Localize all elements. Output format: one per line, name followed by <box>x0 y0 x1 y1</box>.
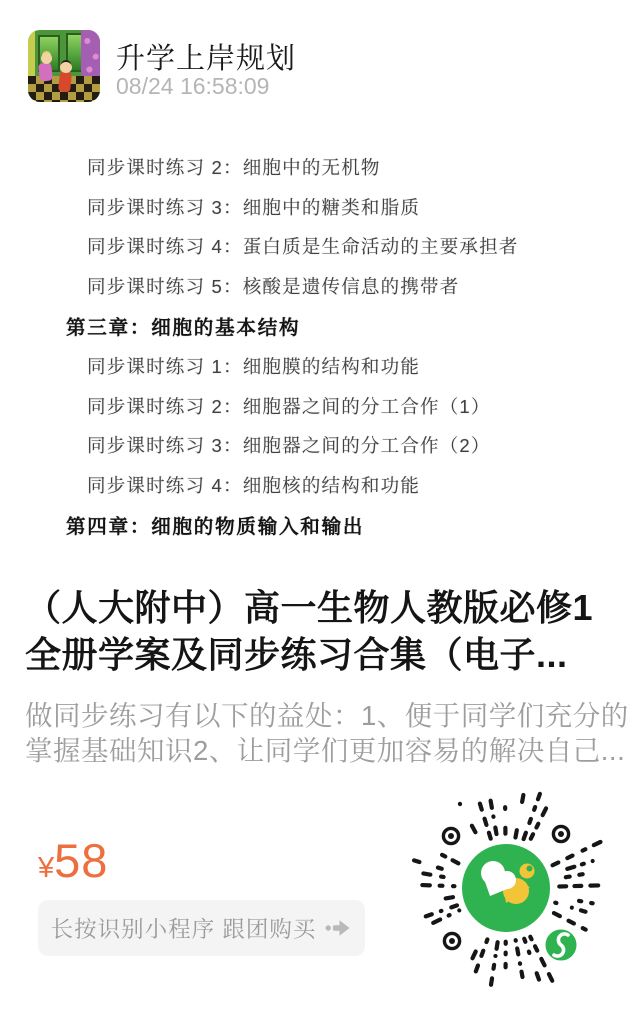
avatar-art <box>81 30 100 80</box>
seller-name: 升学上岸规划 <box>116 36 296 77</box>
avatar-art <box>60 62 72 73</box>
doc-line: 同步课时练习 1：细胞膜的结构和功能 <box>66 346 586 386</box>
seller-avatar[interactable] <box>28 30 100 102</box>
mini-program-qr-code[interactable] <box>406 788 606 988</box>
doc-line: 同步课时练习 5：核酸是遗传信息的携带者 <box>66 266 586 306</box>
mini-program-badge-icon <box>544 928 578 962</box>
follow-group-buy-button[interactable]: 长按识别小程序 跟团购买 <box>38 900 365 956</box>
avatar-art <box>38 62 53 82</box>
doc-line: 同步课时练习 4：细胞核的结构和功能 <box>66 465 586 505</box>
doc-chapter-heading: 第四章：细胞的物质输入和输出 <box>66 505 586 545</box>
doc-line: 同步课时练习 3：细胞器之间的分工合作（2） <box>66 426 586 466</box>
doc-line: 同步课时练习 4：蛋白质是生命活动的主要承担者 <box>66 227 586 267</box>
product-description: 做同步练习有以下的益处：1、便于同学们充分的 掌握基础知识2、让同学们更加容易的… <box>25 699 629 768</box>
share-timestamp: 08/24 16:58:09 <box>116 73 269 100</box>
price-value: 58 <box>54 834 108 887</box>
price: ¥58 <box>38 833 108 888</box>
follow-group-buy-label: 长按识别小程序 跟团购买 <box>51 912 317 944</box>
product-content-image[interactable]: 同步课时练习 2：细胞中的无机物 同步课时练习 3：细胞中的糖类和脂质 同步课时… <box>66 147 586 545</box>
qr-center-logo-icon <box>462 844 550 932</box>
arrow-right-icon <box>325 919 352 937</box>
product-description-line2: 掌握基础知识2、让同学们更加容易的解决自己... <box>25 734 629 769</box>
product-title-line1: （人大附中）高一生物人教版必修1 <box>25 584 593 631</box>
price-currency: ¥ <box>38 852 54 884</box>
product-title: （人大附中）高一生物人教版必修1 全册学案及同步练习合集（电子... <box>25 584 593 678</box>
doc-line: 同步课时练习 3：细胞中的糖类和脂质 <box>66 187 586 227</box>
avatar-art <box>41 53 52 64</box>
product-description-line1: 做同步练习有以下的益处：1、便于同学们充分的 <box>25 699 629 734</box>
doc-line: 同步课时练习 2：细胞中的无机物 <box>66 147 586 187</box>
avatar-art <box>58 71 72 92</box>
doc-chapter-heading: 第三章：细胞的基本结构 <box>66 306 586 346</box>
doc-line: 同步课时练习 2：细胞器之间的分工合作（1） <box>66 386 586 426</box>
product-title-line2: 全册学案及同步练习合集（电子... <box>25 631 593 678</box>
share-card-page: 升学上岸规划 08/24 16:58:09 同步课时练习 2：细胞中的无机物 同… <box>0 0 630 1012</box>
